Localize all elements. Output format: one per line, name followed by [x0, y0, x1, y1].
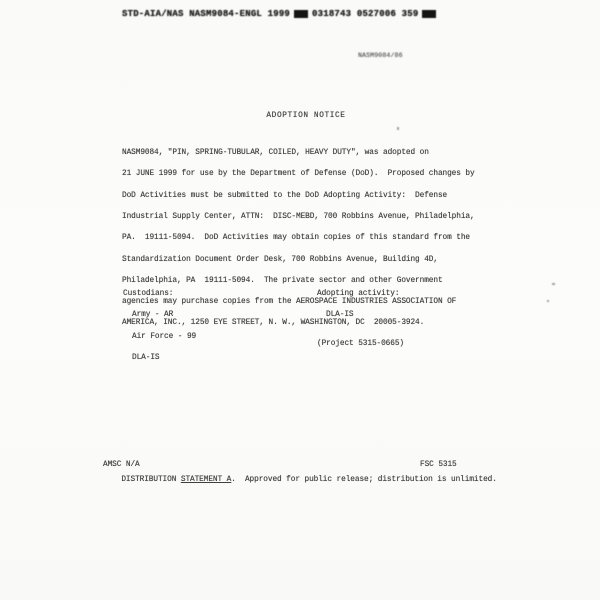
page-title: ADOPTION NOTICE [122, 113, 490, 120]
custodian-item: DLA-IS [123, 355, 196, 362]
scan-banner: STD-AIA/NAS NASM9084-ENGL 1999 0318743 0… [122, 9, 436, 19]
document-number: NASM9084/86 [358, 52, 403, 59]
scan-speck [547, 300, 549, 302]
custodians-heading: Custodians: [123, 291, 196, 298]
custodian-item: Air Force - 99 [123, 334, 196, 341]
distribution-statement: DISTRIBUTION STATEMENT A. Approved for p… [103, 470, 497, 491]
scan-speck [397, 127, 399, 130]
distribution-word: DISTRIBUTION [121, 476, 181, 484]
amsc-code: AMSC N/A [103, 462, 140, 469]
document-page: STD-AIA/NAS NASM9084-ENGL 1999 0318743 0… [0, 0, 600, 600]
adopting-activity-value: DLA-IS [317, 312, 404, 319]
scan-banner-code: 0318743 0527006 359 [312, 9, 418, 19]
scan-banner-bar-icon [294, 10, 308, 18]
scan-banner-text: STD-AIA/NAS NASM9084-ENGL 1999 [122, 9, 290, 19]
project-number: (Project 5315-0665) [317, 341, 404, 348]
scan-banner-bar-icon [422, 10, 436, 18]
paragraph-line: 21 JUNE 1999 for use by the Department o… [122, 171, 475, 178]
distribution-statement-label: STATEMENT A [181, 476, 231, 484]
paragraph-line: Industrial Supply Center, ATTN: DISC-MEB… [122, 214, 475, 221]
adopting-activity-heading: Adopting activity: [317, 291, 404, 298]
distribution-rest: . Approved for public release; distribut… [231, 476, 497, 484]
paragraph-line: DoD Activities must be submitted to the … [122, 193, 475, 200]
paragraph-line: PA. 19111-5094. DoD Activities may obtai… [122, 235, 475, 242]
paragraph-line: NASM9084, "PIN, SPRING-TUBULAR, COILED, … [122, 150, 475, 157]
adopting-activity-block: Adopting activity: DLA-IS (Project 5315-… [317, 277, 404, 362]
fsc-code: FSC 5315 [420, 462, 457, 469]
custodian-item: Army - AR [123, 312, 196, 319]
scan-speck [552, 283, 555, 285]
custodians-block: Custodians: Army - AR Air Force - 99 DLA… [123, 277, 196, 376]
paragraph-line: Standardization Document Order Desk, 700… [122, 257, 475, 264]
